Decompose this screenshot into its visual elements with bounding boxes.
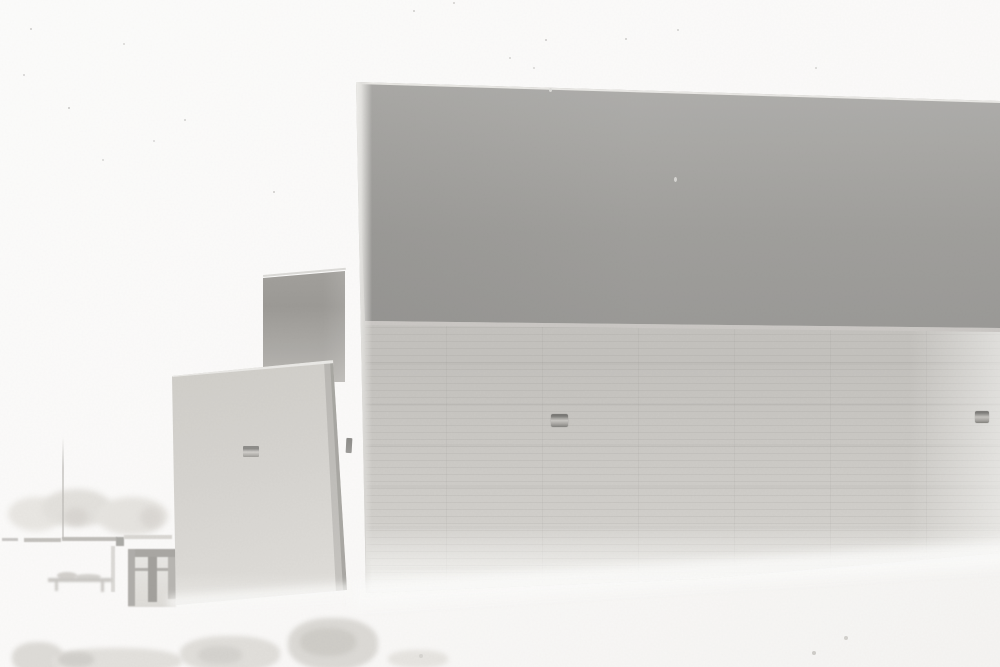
vignette — [0, 0, 1000, 667]
photograph — [0, 0, 1000, 667]
screenshot — [0, 0, 1000, 667]
